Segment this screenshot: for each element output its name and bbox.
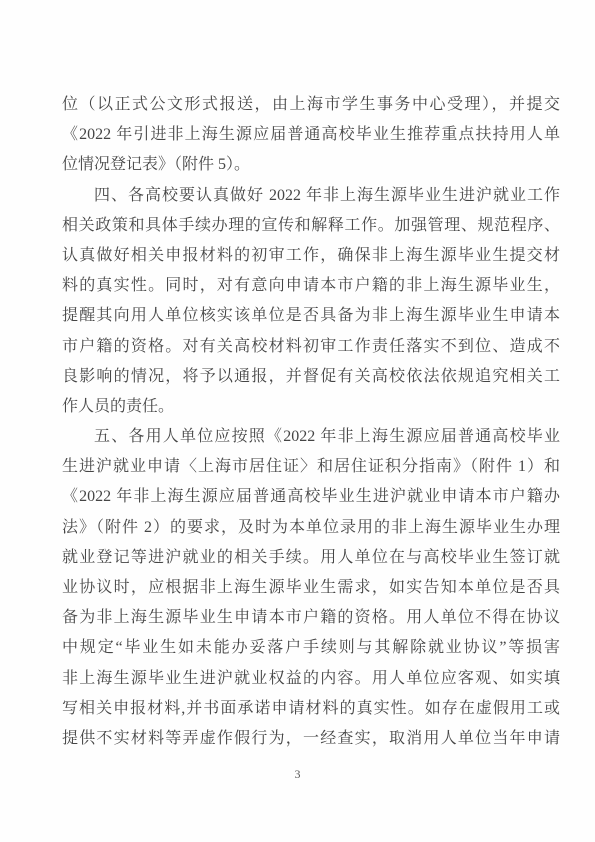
text-line: 位情况登记表》（附件 5）。 (62, 150, 560, 180)
text-line: 非上海生源毕业生进沪就业权益的内容。用人单位应客观、如实填 (62, 664, 560, 694)
text-line: 相关政策和具体手续办理的宣传和解释工作。加强管理、规范程序、 (62, 211, 560, 241)
text-line: 《2022 年引进非上海生源应届普通高校毕业生推荐重点扶持用人单 (62, 120, 560, 150)
text-line: 生进沪就业申请〈上海市居住证〉和居住证积分指南》（附件 1）和 (62, 452, 560, 482)
text-line: 四、各高校要认真做好 2022 年非上海生源毕业生进沪就业工作 (62, 181, 560, 211)
page-number: 3 (0, 766, 595, 782)
text-line: 市户籍的资格。对有关高校材料初审工作责任落实不到位、造成不 (62, 332, 560, 362)
text-line: 良影响的情况，将予以通报，并督促有关高校依法依规追究相关工 (62, 362, 560, 392)
text-line: 料的真实性。同时，对有意向申请本市户籍的非上海生源毕业生， (62, 271, 560, 301)
text-line: 就业登记等进沪就业的相关手续。用人单位在与高校毕业生签订就 (62, 543, 560, 573)
text-line: 提醒其向用人单位核实该单位是否具备为非上海生源毕业生申请本 (62, 301, 560, 331)
text-line: 位（以正式公文形式报送，由上海市学生事务中心受理），并提交 (62, 90, 560, 120)
text-line: 五、各用人单位应按照《2022 年非上海生源应届普通高校毕业 (62, 422, 560, 452)
text-line: 业协议时，应根据非上海生源毕业生需求，如实告知本单位是否具 (62, 573, 560, 603)
text-line: 中规定“毕业生如未能办妥落户手续则与其解除就业协议”等损害 (62, 633, 560, 663)
text-line: 写相关申报材料,并书面承诺申请材料的真实性。如存在虚假用工或 (62, 694, 560, 724)
text-line: 作人员的责任。 (62, 392, 560, 422)
text-line: 提供不实材料等弄虚作假行为，一经查实，取消用人单位当年申请 (62, 724, 560, 754)
text-line: 认真做好相关申报材料的初审工作，确保非上海生源毕业生提交材 (62, 241, 560, 271)
text-line: 法》（附件 2）的要求，及时为本单位录用的非上海生源毕业生办理 (62, 513, 560, 543)
document-page: 位（以正式公文形式报送，由上海市学生事务中心受理），并提交《2022 年引进非上… (0, 0, 595, 842)
text-line: 《2022 年非上海生源应届普通高校毕业生进沪就业申请本市户籍办 (62, 482, 560, 512)
document-body: 位（以正式公文形式报送，由上海市学生事务中心受理），并提交《2022 年引进非上… (62, 90, 560, 754)
text-line: 备为非上海生源毕业生申请本市户籍的资格。用人单位不得在协议 (62, 603, 560, 633)
